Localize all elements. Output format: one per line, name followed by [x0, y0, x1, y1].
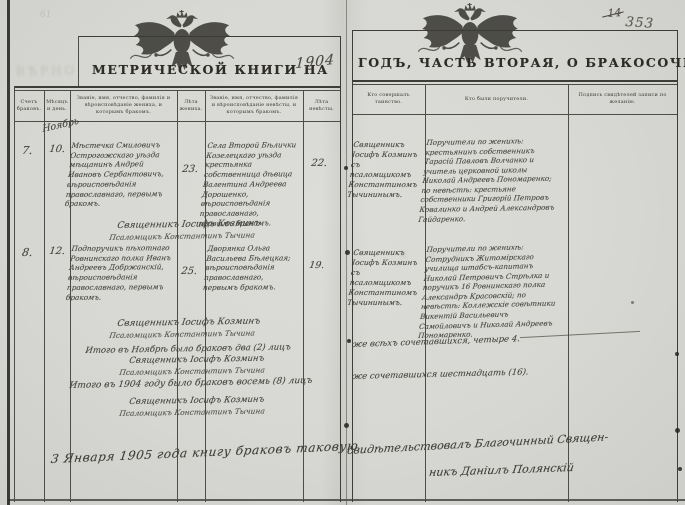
- certification-note-right: свидѣтельствовалъ Благочинный Священ-: [346, 430, 609, 457]
- groom-age-cell: 23.: [181, 164, 198, 175]
- bride-age-cell: 19.: [308, 260, 325, 271]
- left-col-line-3: [177, 90, 178, 502]
- celebrant-cell: Священникъ Іосифъ Козминъ съ псаломщиком…: [347, 248, 422, 308]
- total-year-right: же сочетавшихся шестнадцать (16).: [352, 367, 529, 382]
- ink-speck: [347, 339, 351, 343]
- ink-speck: [345, 250, 350, 255]
- total-november-right: же всѣхъ сочетавшихся, четыре 4.: [352, 334, 521, 350]
- total-year-left: Итого въ 1904 году было браковъ восемь (…: [69, 376, 313, 391]
- left-table-border: [14, 86, 15, 502]
- book-title-right: ГОДЪ, ЧАСТЬ ВТОРАЯ, О БРАКОСОЧЕТАВШИХСЯ.: [358, 55, 685, 70]
- clergy-signature-psalmist: Псаломщикъ Константинъ Тычина: [119, 365, 266, 377]
- header-count: Счетъ браковъ.: [14, 91, 44, 120]
- ink-speck: [631, 301, 634, 304]
- header-groom-age: Лѣта жениха.: [177, 91, 205, 120]
- scan-left-edge: [7, 0, 10, 505]
- ink-speck: [344, 423, 349, 428]
- header-groom: Званіе, имя, отчество, фамилія и вѣроисп…: [70, 91, 177, 120]
- metrical-book-scan: 61 14 353 ВѢРНО К Н И Г А: [0, 0, 685, 505]
- faint-folio-number: 61: [40, 10, 51, 20]
- clergy-signature-psalmist: Псаломщикъ Константинъ Тычина: [109, 230, 256, 242]
- clergy-signature-priest: Священникъ Іосифъ Козминъ: [129, 354, 265, 366]
- left-frame-left-rule: [78, 36, 79, 86]
- right-double-rule-top: [352, 80, 677, 82]
- groom-age-cell: 25.: [180, 266, 197, 277]
- clergy-signature-priest: Священникъ Іосифъ Козминъ: [117, 219, 261, 231]
- header-celebrant: Кто совершалъ таинство.: [352, 85, 425, 113]
- celebrant-cell: Священникъ Іосифъ Козминъ съ псаломщиком…: [347, 140, 422, 200]
- ink-speck: [675, 352, 679, 356]
- record-day: 10.: [48, 144, 65, 155]
- clergy-signature-priest: Священникъ Іосифъ Козминъ: [129, 395, 265, 407]
- record-number: 7.: [21, 144, 33, 157]
- page-fold-line-left: [340, 36, 341, 502]
- header-month-day: Мѣсяцъ и день.: [44, 91, 70, 120]
- left-double-rule-top: [14, 86, 340, 88]
- bride-cell: Села Второй Бѣлички Козелецкаго уѣзда кр…: [198, 140, 299, 228]
- header-witnesses: Кто были поручители.: [425, 85, 568, 113]
- groom-cell: Мѣстечка Смиловичъ Острогожскаго уѣзда м…: [64, 140, 173, 209]
- ink-speck: [675, 428, 680, 433]
- witnesses-cell: Поручители по женихѣ: Сотрудникъ Житомір…: [418, 241, 567, 340]
- ink-speck: [344, 166, 348, 170]
- book-title-left: МЕТРИЧЕСКОЙ КНИГИ НА: [92, 62, 329, 77]
- witnesses-cell: Поручители по женихѣ: крестьянинъ собств…: [418, 136, 564, 225]
- bride-age-cell: 22.: [310, 158, 327, 169]
- clergy-signature-psalmist: Псаломщикъ Константинъ Тычина: [109, 328, 256, 340]
- bride-cell: Дворянка Ольга Васильева Бѣлецкая; вѣрои…: [202, 243, 296, 292]
- record-number: 8.: [21, 246, 33, 259]
- record-day: 12.: [48, 246, 65, 257]
- header-bride: Званіе, имя, отчество, фамилія и вѣроисп…: [205, 91, 303, 120]
- right-header-bottom-rule: [352, 114, 677, 115]
- groom-cell: Подпоручикъ пѣхотнаго Ровнинскаго полка …: [65, 243, 173, 302]
- left-col-line-1: [44, 90, 45, 502]
- ink-speck: [678, 467, 682, 471]
- clergy-signature-priest: Священникъ Іосифъ Козминъ: [117, 317, 261, 329]
- header-bride-age: Лѣта невѣсты.: [303, 91, 340, 120]
- header-record-signatures: Подпись свидѣтелей записи по желанію.: [568, 85, 677, 113]
- stamp-smudge-artifact: ВѢРНО: [16, 63, 78, 78]
- clergy-signature-psalmist: Псаломщикъ Константинъ Тычина: [119, 406, 266, 418]
- certification-signature: никъ Даніилъ Полянскій: [428, 461, 575, 479]
